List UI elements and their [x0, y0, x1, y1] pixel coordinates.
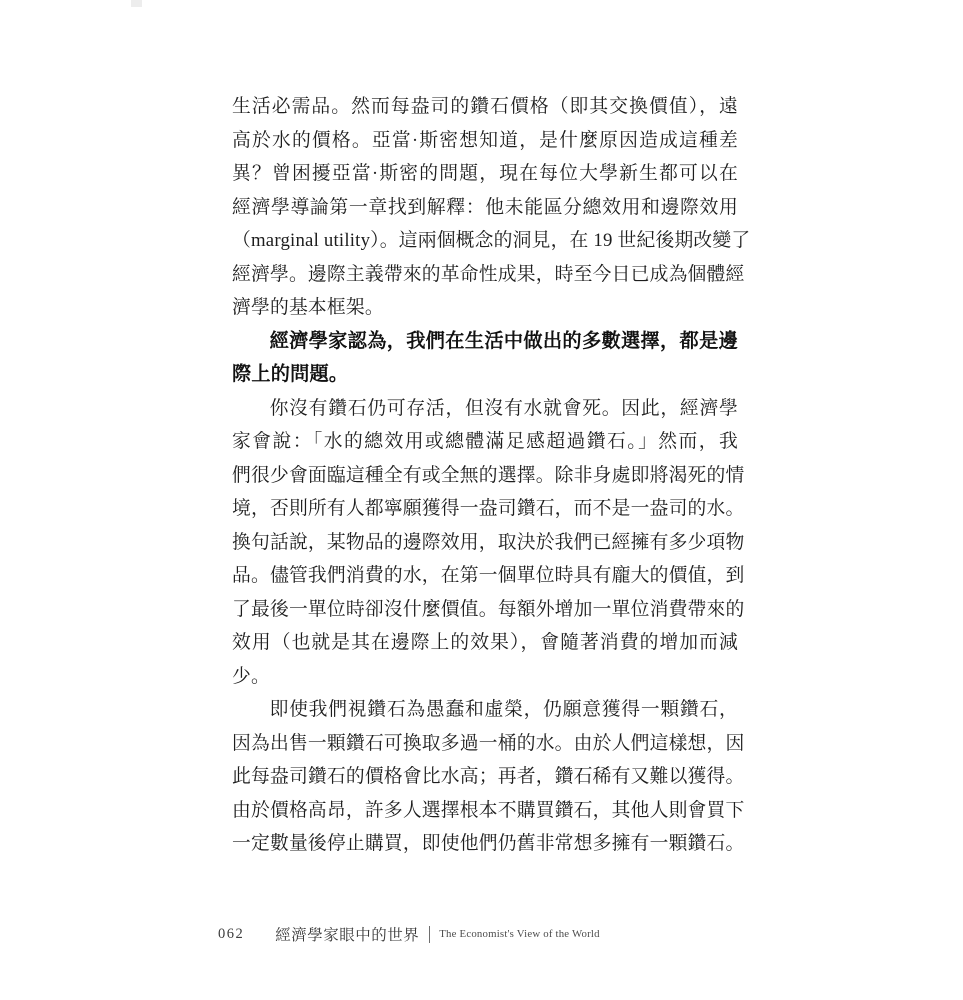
- body-text: 生活必需品。然而每盎司的鑽石價格（即其交換價值），遠高於水的價格。亞當·斯密想知…: [232, 90, 738, 861]
- text-line: 即使我們視鑽石為愚蠢和虛榮，仍願意獲得一顆鑽石，: [232, 693, 738, 727]
- text-line: 一定數量後停止購買，即使他們仍舊非常想多擁有一顆鑽石。: [232, 827, 738, 861]
- text-line: 品。儘管我們消費的水，在第一個單位時具有龐大的價值，到: [232, 559, 738, 593]
- text-line: 效用（也就是其在邊際上的效果），會隨著消費的增加而減: [232, 626, 738, 660]
- text-line: 了最後一單位時卻沒什麼價值。每額外增加一單位消費帶來的: [232, 593, 738, 627]
- text-line: 你沒有鑽石仍可存活，但沒有水就會死。因此，經濟學: [232, 392, 738, 426]
- text-line: 經濟學家認為，我們在生活中做出的多數選擇，都是邊: [232, 325, 738, 359]
- text-line: 異？曾困擾亞當·斯密的問題，現在每位大學新生都可以在: [232, 157, 738, 191]
- text-line: 高於水的價格。亞當·斯密想知道，是什麼原因造成這種差: [232, 124, 738, 158]
- book-title-en: The Economist's View of the World: [439, 928, 599, 940]
- book-title-zh: 經濟學家眼中的世界: [275, 923, 419, 945]
- text-line: 因為出售一顆鑽石可換取多過一桶的水。由於人們這樣想，因: [232, 727, 738, 761]
- paragraph: 生活必需品。然而每盎司的鑽石價格（即其交換價值），遠高於水的價格。亞當·斯密想知…: [232, 90, 738, 325]
- text-line: 換句話說，某物品的邊際效用，取決於我們已經擁有多少項物: [232, 526, 738, 560]
- text-line: （marginal utility）。這兩個概念的洞見，在 19 世紀後期改變了: [232, 224, 738, 258]
- text-line: 生活必需品。然而每盎司的鑽石價格（即其交換價值），遠: [232, 90, 738, 124]
- text-line: 由於價格高昂，許多人選擇根本不購買鑽石，其他人則會買下: [232, 794, 738, 828]
- text-line: 經濟學。邊際主義帶來的革命性成果，時至今日已成為個體經: [232, 258, 738, 292]
- text-line: 境，否則所有人都寧願獲得一盎司鑽石，而不是一盎司的水。: [232, 492, 738, 526]
- paragraph: 你沒有鑽石仍可存活，但沒有水就會死。因此，經濟學家會說：「水的總效用或總體滿足感…: [232, 392, 738, 694]
- text-line: 際上的問題。: [232, 358, 738, 392]
- emphasis-paragraph: 經濟學家認為，我們在生活中做出的多數選擇，都是邊際上的問題。: [232, 325, 738, 392]
- page-number: 062: [218, 926, 244, 943]
- text-line: 們很少會面臨這種全有或全無的選擇。除非身處即將渴死的情: [232, 459, 738, 493]
- text-line: 少。: [232, 660, 738, 694]
- text-line: 家會說：「水的總效用或總體滿足感超過鑽石。」然而，我: [232, 425, 738, 459]
- paragraph: 即使我們視鑽石為愚蠢和虛榮，仍願意獲得一顆鑽石，因為出售一顆鑽石可換取多過一桶的…: [232, 693, 738, 861]
- text-line: 濟學的基本框架。: [232, 291, 738, 325]
- scan-artifact: [131, 0, 142, 7]
- footer-divider: [429, 926, 430, 943]
- text-line: 經濟學導論第一章找到解釋：他未能區分總效用和邊際效用: [232, 191, 738, 225]
- page-footer: 062 經濟學家眼中的世界 The Economist's View of th…: [218, 922, 600, 946]
- text-line: 此每盎司鑽石的價格會比水高；再者，鑽石稀有又難以獲得。: [232, 760, 738, 794]
- book-page: 生活必需品。然而每盎司的鑽石價格（即其交換價值），遠高於水的價格。亞當·斯密想知…: [0, 0, 963, 1000]
